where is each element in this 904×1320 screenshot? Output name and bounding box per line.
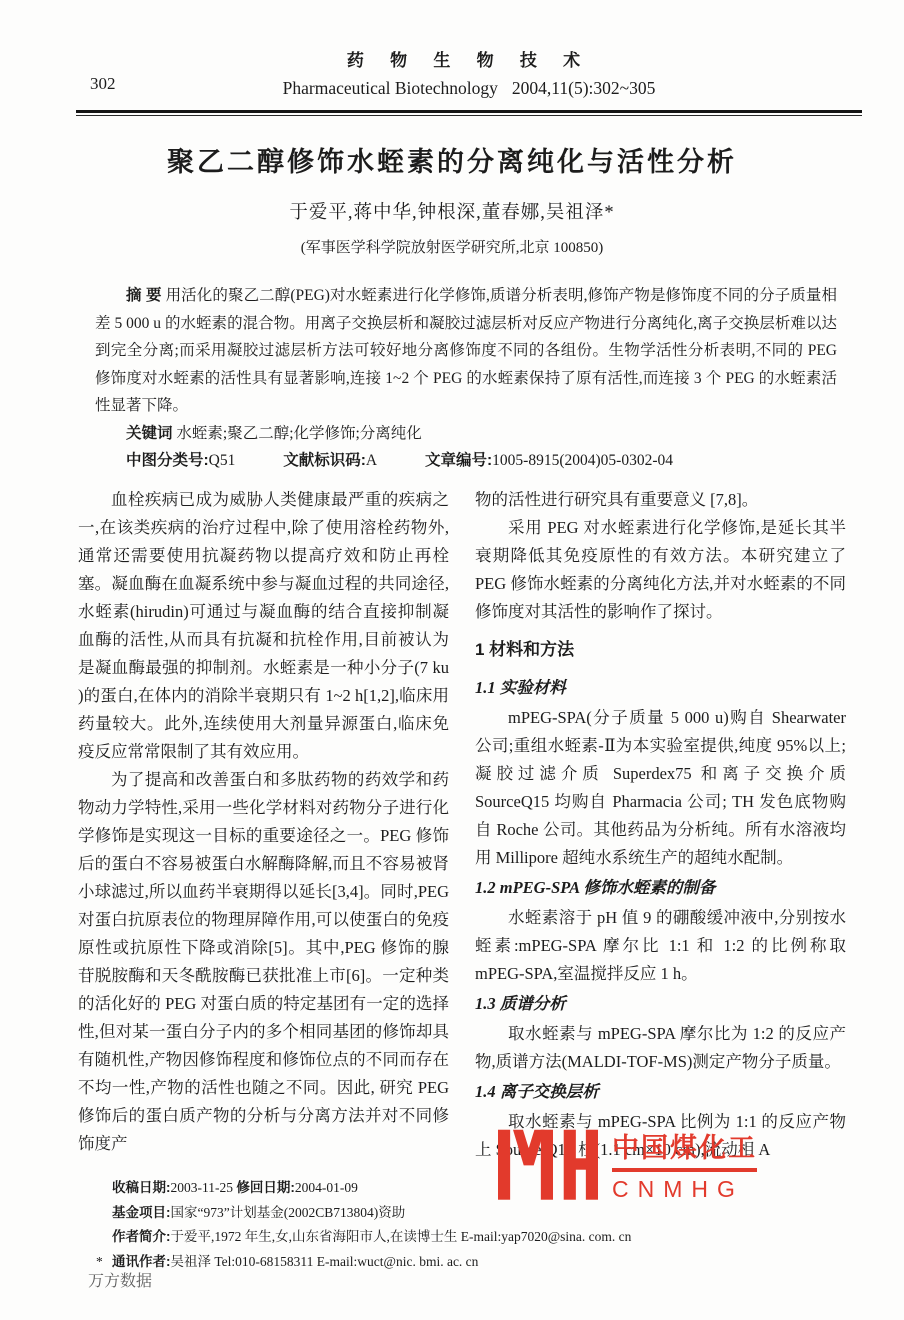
journal-title-en: Pharmaceutical Biotechnology: [283, 78, 498, 98]
author-list: 于爱平,蒋中华,钟根深,董春娜,吴祖泽*: [0, 198, 904, 224]
journal-header: 药 物 生 物 技 术 Pharmaceutical Biotechnology…: [78, 46, 860, 99]
body-paragraph: 物的活性进行研究具有重要意义 [7,8]。: [475, 486, 846, 514]
article-id-label: 文章编号:: [425, 452, 492, 469]
footnote-text: 于爱平,1972 年生,女,山东省海阳市人,在读博士生 E-mail:yap70…: [171, 1229, 632, 1244]
journal-title-en-line: Pharmaceutical Biotechnology2004,11(5):3…: [78, 78, 860, 99]
affiliation: (军事医学科学院放射医学研究所,北京 100850): [0, 236, 904, 257]
footnote-label: 通讯作者:: [112, 1254, 171, 1269]
footnote-label: 基金项目:: [112, 1205, 171, 1220]
body-paragraph: 为了提高和改善蛋白和多肽药物的药效学和药物动力学特性,采用一些化学材料对药物分子…: [78, 766, 449, 1158]
footnote-text: 国家“973”计划基金(2002CB713804)资助: [171, 1205, 406, 1220]
watermark: 中国煤化工 CNMHG: [498, 1126, 757, 1203]
right-column: 物的活性进行研究具有重要意义 [7,8]。采用 PEG 对水蛭素进行化学修饰,是…: [475, 486, 846, 1164]
watermark-cn: 中国煤化工: [612, 1126, 757, 1172]
header-rule: [76, 110, 862, 116]
issue-info: 2004,11(5):302~305: [512, 78, 655, 98]
footnote-text: 2004-01-09: [295, 1180, 358, 1195]
left-column: 血栓疾病已成为威胁人类健康最严重的疾病之一,在该类疾病的治疗过程中,除了使用溶栓…: [78, 486, 449, 1164]
abstract-text: 用活化的聚乙二醇(PEG)对水蛭素进行化学修饰,质谱分析表明,修饰产物是修饰度不…: [95, 287, 837, 414]
body-paragraph: 血栓疾病已成为威胁人类健康最严重的疾病之一,在该类疾病的治疗过程中,除了使用溶栓…: [78, 486, 449, 766]
watermark-en: CNMHG: [612, 1176, 757, 1203]
keywords-text: 水蛭素;聚乙二醇;化学修饰;分离纯化: [173, 425, 422, 442]
body-paragraph: 水蛭素溶于 pH 值 9 的硼酸缓冲液中,分别按水蛭素:mPEG-SPA 摩尔比…: [475, 904, 846, 988]
body-paragraph: mPEG-SPA(分子质量 5 000 u)购自 Shearwater 公司;重…: [475, 704, 846, 872]
footnote-label: 收稿日期:: [112, 1180, 171, 1195]
doc-code-label: 文献标识码:: [283, 452, 366, 469]
wanfang-mark: 万方数据: [88, 1268, 152, 1291]
clc-value: Q51: [209, 452, 236, 469]
journal-title-cn: 药 物 生 物 技 术: [78, 46, 860, 71]
section-heading: 1 材料和方法: [475, 636, 846, 664]
body-paragraph: 采用 PEG 对水蛭素进行化学修饰,是延长其半衰期降低其免疫原性的有效方法。本研…: [475, 514, 846, 626]
doc-code-value: A: [366, 452, 377, 469]
body-columns: 血栓疾病已成为威胁人类健康最严重的疾病之一,在该类疾病的治疗过程中,除了使用溶栓…: [78, 486, 846, 1164]
footnote-line: 基金项目:国家“973”计划基金(2002CB713804)资助: [112, 1201, 752, 1226]
section-heading: 1.3 质谱分析: [475, 990, 846, 1018]
abstract: 摘 要 用活化的聚乙二醇(PEG)对水蛭素进行化学修饰,质谱分析表明,修饰产物是…: [95, 282, 837, 420]
footnote-text: 吴祖泽 Tel:010-68158311 E-mail:wuct@nic. bm…: [171, 1254, 479, 1269]
classification-line: 中图分类号:Q51 文献标识码:A 文章编号:1005-8915(2004)05…: [95, 447, 837, 475]
paper-page: 302 药 物 生 物 技 术 Pharmaceutical Biotechno…: [0, 0, 904, 1320]
footnote-line: *通讯作者:吴祖泽 Tel:010-68158311 E-mail:wuct@n…: [112, 1250, 752, 1275]
article-title: 聚乙二醇修饰水蛭素的分离纯化与活性分析: [0, 140, 904, 179]
front-matter: 摘 要 用活化的聚乙二醇(PEG)对水蛭素进行化学修饰,质谱分析表明,修饰产物是…: [95, 282, 837, 475]
section-heading: 1.4 离子交换层析: [475, 1078, 846, 1106]
footnote-text: 2003-11-25: [171, 1180, 237, 1195]
footnote-label: 作者简介:: [112, 1229, 171, 1244]
section-heading: 1.2 mPEG-SPA 修饰水蛭素的制备: [475, 874, 846, 902]
clc-label: 中图分类号:: [126, 452, 209, 469]
abstract-label: 摘 要: [126, 287, 162, 304]
footnote-label: 修回日期:: [236, 1180, 295, 1195]
section-heading: 1.1 实验材料: [475, 674, 846, 702]
coal-logo-icon: [498, 1126, 598, 1202]
body-paragraph: 取水蛭素与 mPEG-SPA 摩尔比为 1:2 的反应产物,质谱方法(MALDI…: [475, 1020, 846, 1076]
keywords-label: 关键词: [126, 425, 173, 442]
footnote-line: 作者简介:于爱平,1972 年生,女,山东省海阳市人,在读博士生 E-mail:…: [112, 1225, 752, 1250]
article-id-value: 1005-8915(2004)05-0302-04: [492, 452, 673, 469]
keywords: 关键词 水蛭素;聚乙二醇;化学修饰;分离纯化: [95, 420, 837, 448]
watermark-text: 中国煤化工 CNMHG: [612, 1126, 757, 1203]
